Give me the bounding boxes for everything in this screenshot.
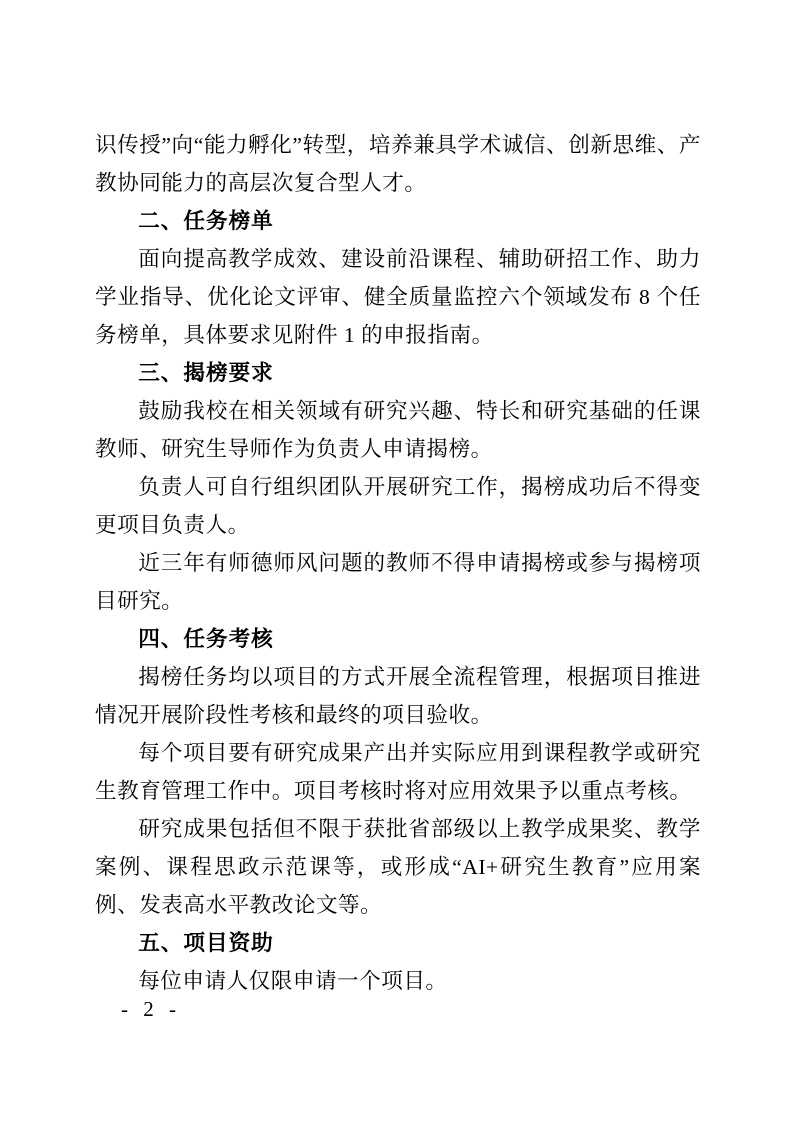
section-heading: 二、任务榜单: [95, 202, 701, 240]
body-paragraph: 每位申请人仅限申请一个项目。: [95, 962, 701, 1000]
body-paragraph: 识传授”向“能力孵化”转型，培养兼具学术诚信、创新思维、产教协同能力的高层次复合…: [95, 126, 701, 202]
section-heading: 四、任务考核: [95, 620, 701, 658]
body-paragraph: 鼓励我校在相关领域有研究兴趣、特长和研究基础的任课教师、研究生导师作为负责人申请…: [95, 392, 701, 468]
section-heading: 三、揭榜要求: [95, 354, 701, 392]
body-paragraph: 研究成果包括但不限于获批省部级以上教学成果奖、教学案例、课程思政示范课等，或形成…: [95, 810, 701, 924]
body-paragraph: 面向提高教学成效、建设前沿课程、辅助研招工作、助力学业指导、优化论文评审、健全质…: [95, 240, 701, 354]
document-page: 识传授”向“能力孵化”转型，培养兼具学术诚信、创新思维、产教协同能力的高层次复合…: [0, 0, 794, 1123]
body-paragraph: 负责人可自行组织团队开展研究工作，揭榜成功后不得变更项目负责人。: [95, 468, 701, 544]
page-number: - 2 -: [121, 994, 181, 1024]
body-paragraph: 揭榜任务均以项目的方式开展全流程管理，根据项目推进情况开展阶段性考核和最终的项目…: [95, 658, 701, 734]
body-paragraph: 每个项目要有研究成果产出并实际应用到课程教学或研究生教育管理工作中。项目考核时将…: [95, 734, 701, 810]
body-paragraph: 近三年有师德师风问题的教师不得申请揭榜或参与揭榜项目研究。: [95, 544, 701, 620]
document-body: 识传授”向“能力孵化”转型，培养兼具学术诚信、创新思维、产教协同能力的高层次复合…: [95, 126, 701, 1000]
section-heading: 五、项目资助: [95, 924, 701, 962]
